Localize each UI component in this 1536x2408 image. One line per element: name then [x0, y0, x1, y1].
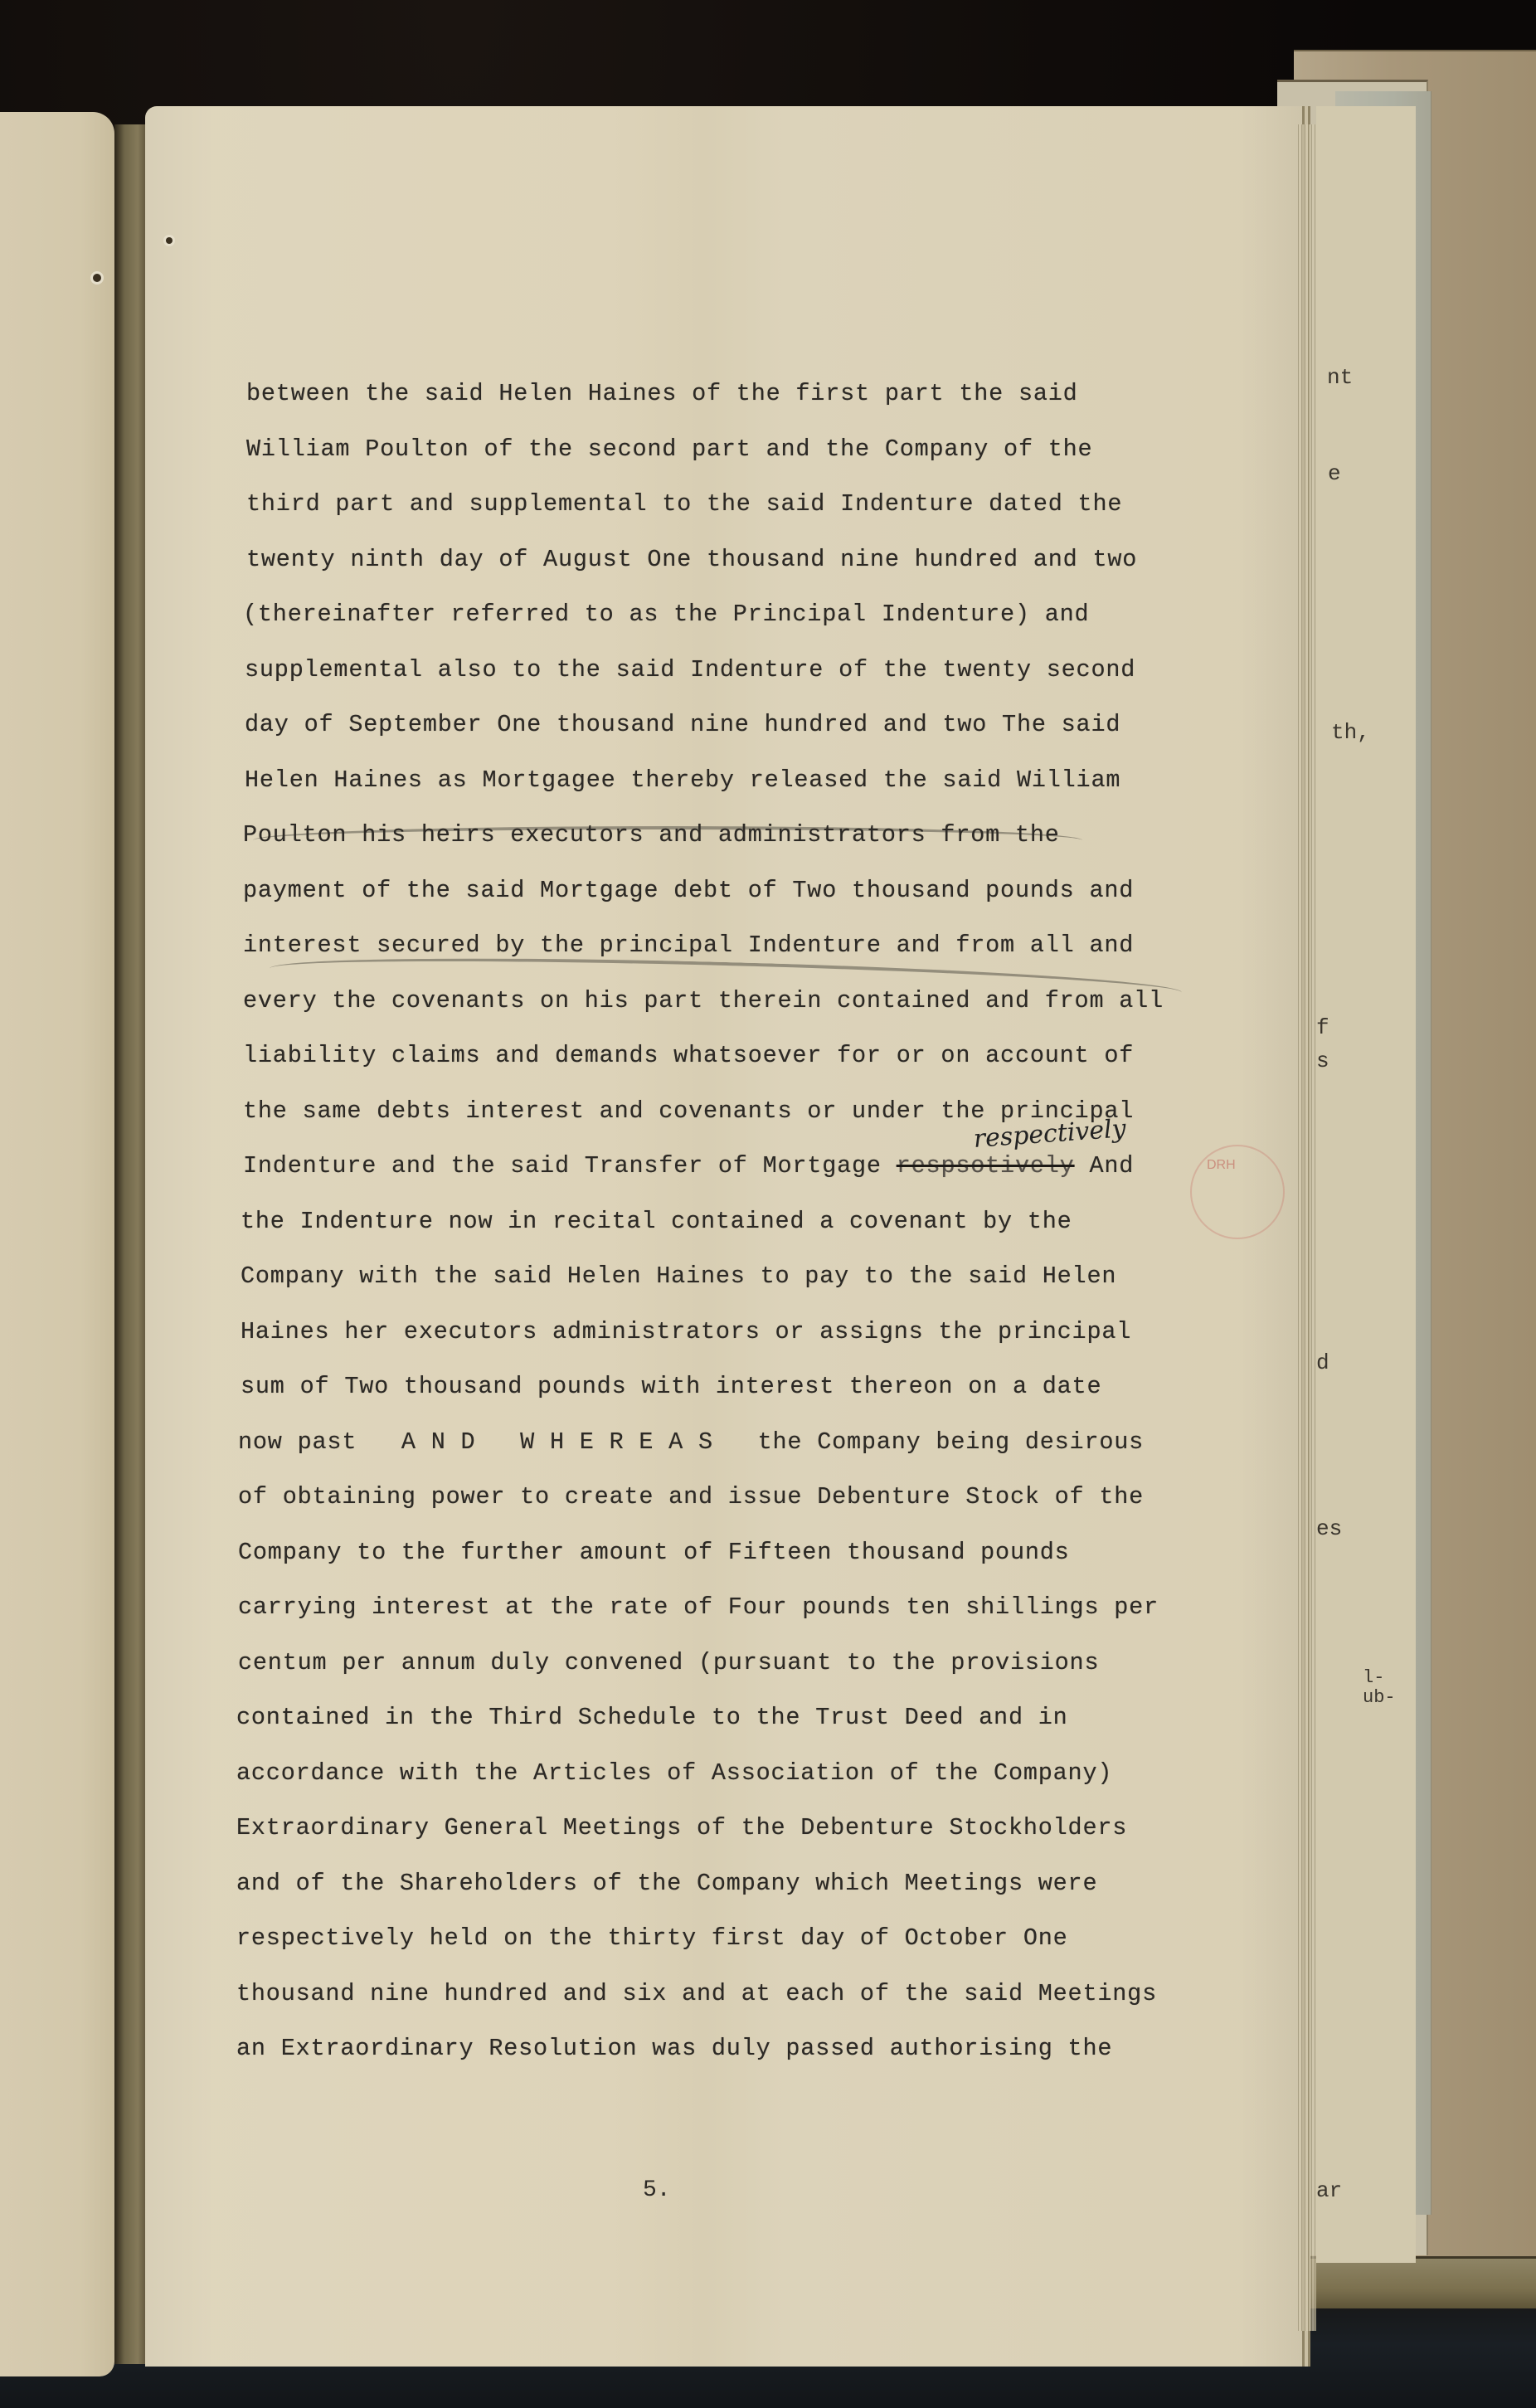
text-line: of obtaining power to create and issue D… — [238, 1483, 1144, 1510]
punch-hole — [93, 274, 101, 282]
fragment-text: f — [1316, 1015, 1329, 1040]
book-gutter — [114, 124, 148, 2364]
text-line: respectively held on the thirty first da… — [236, 1924, 1068, 1952]
text-line: carrying interest at the rate of Four po… — [238, 1593, 1159, 1621]
fragment-text: e — [1328, 461, 1341, 486]
text-line: third part and supplemental to the said … — [246, 490, 1122, 518]
text-line: Poulton his heirs executors and administ… — [243, 821, 1060, 849]
text-line-end: And — [1075, 1152, 1135, 1180]
text-line: (thereinafter referred to as the Princip… — [243, 601, 1089, 628]
text-line: now past A N D W H E R E A S the Company… — [238, 1428, 1144, 1456]
text-line: between the said Helen Haines of the fir… — [246, 380, 1078, 407]
stamp-text: DRH — [1207, 1158, 1236, 1173]
text-line: Helen Haines as Mortgagee thereby releas… — [245, 766, 1120, 794]
struck-out-word: respsotively — [897, 1152, 1075, 1180]
adjacent-page-fragments: nt e th, f s d es l- ub- ar — [1316, 106, 1416, 2263]
page-number: 5. — [643, 2177, 671, 2203]
left-page-verso — [0, 112, 114, 2376]
text-line: interest secured by the principal Indent… — [243, 932, 1134, 959]
text-line: contained in the Third Schedule to the T… — [236, 1704, 1068, 1731]
page-edge-stack — [1298, 124, 1316, 2331]
text-line: Indenture and the said Transfer of Mortg… — [243, 1152, 1134, 1180]
fragment-text: s — [1316, 1048, 1329, 1073]
text-line: Extraordinary General Meetings of the De… — [236, 1814, 1127, 1841]
fragment-text: th, — [1331, 720, 1370, 745]
text-line: Haines her executors administrators or a… — [241, 1318, 1131, 1345]
text-line: the same debts interest and covenants or… — [243, 1097, 1134, 1125]
text-line: every the covenants on his part therein … — [243, 987, 1164, 1014]
fragment-text: nt — [1327, 365, 1353, 390]
fragment-text: l- — [1363, 1667, 1384, 1688]
text-line: Company with the said Helen Haines to pa… — [241, 1262, 1116, 1290]
text-line-start: Indenture and the said Transfer of Mortg… — [243, 1152, 882, 1180]
fragment-text: d — [1316, 1350, 1329, 1375]
fragment-text: es — [1316, 1516, 1342, 1541]
fragment-text: ar — [1316, 2178, 1342, 2203]
text-line: the Indenture now in recital contained a… — [241, 1208, 1072, 1235]
text-line: an Extraordinary Resolution was duly pas… — [236, 2035, 1112, 2062]
faint-red-stamp: DRH — [1190, 1145, 1285, 1239]
text-line: day of September One thousand nine hundr… — [245, 711, 1120, 738]
text-line: thousand nine hundred and six and at eac… — [236, 1980, 1157, 2007]
text-line: supplemental also to the said Indenture … — [245, 656, 1135, 683]
text-line: and of the Shareholders of the Company w… — [236, 1870, 1097, 1897]
typewritten-body: between the said Helen Haines of the fir… — [145, 106, 1310, 2367]
text-line: William Poulton of the second part and t… — [246, 435, 1092, 463]
text-line: Company to the further amount of Fifteen… — [238, 1539, 1070, 1566]
fragment-text: ub- — [1363, 1687, 1396, 1708]
document-page: between the said Helen Haines of the fir… — [145, 106, 1310, 2367]
text-line: centum per annum duly convened (pursuant… — [238, 1649, 1099, 1676]
text-line: accordance with the Articles of Associat… — [236, 1759, 1112, 1787]
text-line: payment of the said Mortgage debt of Two… — [243, 877, 1134, 904]
text-line: sum of Two thousand pounds with interest… — [241, 1373, 1101, 1400]
text-line: liability claims and demands whatsoever … — [243, 1042, 1134, 1069]
text-line: twenty ninth day of August One thousand … — [246, 546, 1137, 573]
